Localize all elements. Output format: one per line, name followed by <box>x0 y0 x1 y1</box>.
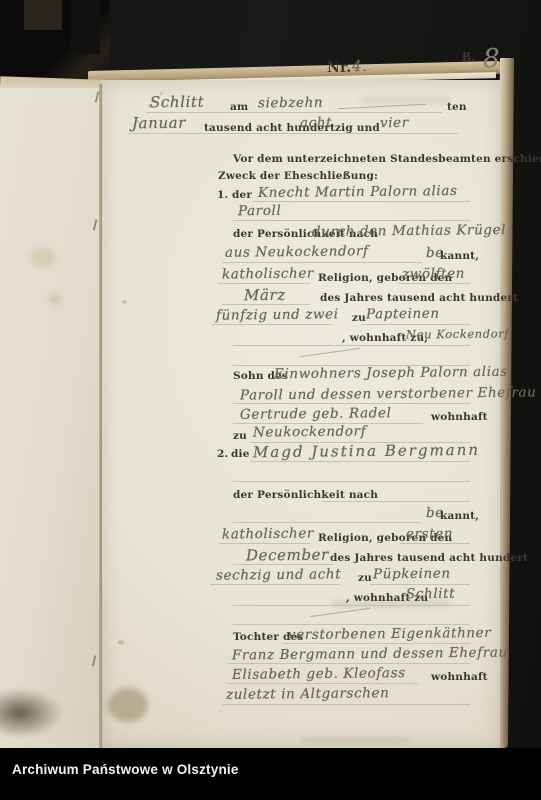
bride-year-label: des Jahres tausend acht hundert <box>330 552 528 564</box>
year-unit-handwritten: vier <box>380 115 409 131</box>
record-day: siebzehn <box>258 95 323 112</box>
groom-identity-witness: durch den Mathias Krügel <box>312 222 506 240</box>
bride-zu-label: zu <box>358 572 372 584</box>
page-stain <box>108 688 148 722</box>
ten-suffix-label: ten <box>447 101 467 113</box>
groom-parents-line2: Paroll und dessen verstorbener Ehefrau <box>240 384 537 403</box>
intro-line-1: Vor dem unterzeichneten Standesbeamten e… <box>233 153 541 165</box>
bride-religion: katholischer <box>222 526 314 543</box>
record-month: Januar <box>132 114 186 133</box>
decade-handwritten: acht <box>300 115 332 131</box>
groom-birth-place: Papteinen <box>366 306 440 323</box>
archive-name-caption: Archiwum Państwowe w Olsztynie <box>12 762 239 777</box>
groom-birth-month: März <box>244 286 286 304</box>
bride-identity-label: der Persönlichkeit nach <box>233 489 378 501</box>
groom-residence: Neu Kockendorf <box>406 326 509 341</box>
groom-zu-label: zu <box>352 312 366 324</box>
groom-religion: katholischer <box>222 266 314 283</box>
groom-kannt-label: kannt, <box>440 250 479 262</box>
groom-mother-name: Gertrude geb. Radel <box>240 405 392 423</box>
bride-die-label: die <box>231 448 250 460</box>
groom-der-label: der <box>232 189 252 201</box>
archive-scan-view: Nr. 4. B. 8 Schlitt am siebzehn ten Janu… <box>0 0 541 800</box>
record-number-label: Nr. <box>327 60 351 76</box>
groom-birth-year: fünfzig und zwei <box>216 306 339 323</box>
book-spine-fragment <box>70 0 100 54</box>
bride-birth-day: ersten <box>406 526 453 542</box>
left-page-surface <box>0 88 102 748</box>
bride-name: Magd Justina Bergmann <box>253 441 480 461</box>
groom-birth-day: zwölften <box>402 266 465 283</box>
bride-birth-month: December <box>246 546 329 565</box>
groom-identity-witness-origin: aus Neukockendorf <box>225 243 369 261</box>
archive-caption-bar: Archiwum Państwowe w Olsztynie <box>0 748 541 800</box>
bride-parents-line2: Franz Bergmann und dessen Ehefrau <box>232 645 508 664</box>
bride-birth-place: Püpkeinen <box>373 566 451 583</box>
form-letter: B. <box>462 49 475 65</box>
groom-zu2-label: zu <box>233 430 247 442</box>
book-spine-fragment <box>24 0 62 30</box>
bride-residence: Schlitt <box>406 586 455 603</box>
groom-parents-line1: Einwohners Joseph Palorn alias <box>274 364 508 382</box>
groom-year-label: des Jahres tausend acht hundert <box>320 292 518 304</box>
bride-item-number: 2. <box>217 448 228 460</box>
bride-birth-year: sechzig und acht <box>216 566 341 583</box>
bride-parents-line1: verstorbenen Eigenkäthner <box>288 625 491 643</box>
record-number-value: 4. <box>352 57 368 75</box>
groom-name-line2: Paroll <box>238 203 282 219</box>
groom-wohnhaft-label: wohnhaft <box>431 411 488 423</box>
bride-parents-residence: zuletzt in Altgarschen <box>226 685 390 703</box>
intro-line-2: Zweck der Eheschließung: <box>218 170 378 182</box>
bride-mother-name: Elisabeth geb. Kleofass <box>232 665 406 683</box>
record-place: Schlitt <box>150 93 204 112</box>
groom-item-number: 1. <box>217 189 228 201</box>
page-number-handwritten: 8 <box>483 44 500 74</box>
bride-wohnhaft-label: wohnhaft <box>431 671 488 683</box>
groom-name-line1: Knecht Martin Palorn alias <box>258 183 458 201</box>
groom-parents-residence: Neukockendorf <box>253 423 366 440</box>
bride-kannt-label: kannt, <box>440 510 479 522</box>
gutter-corner-shadow <box>0 678 80 748</box>
